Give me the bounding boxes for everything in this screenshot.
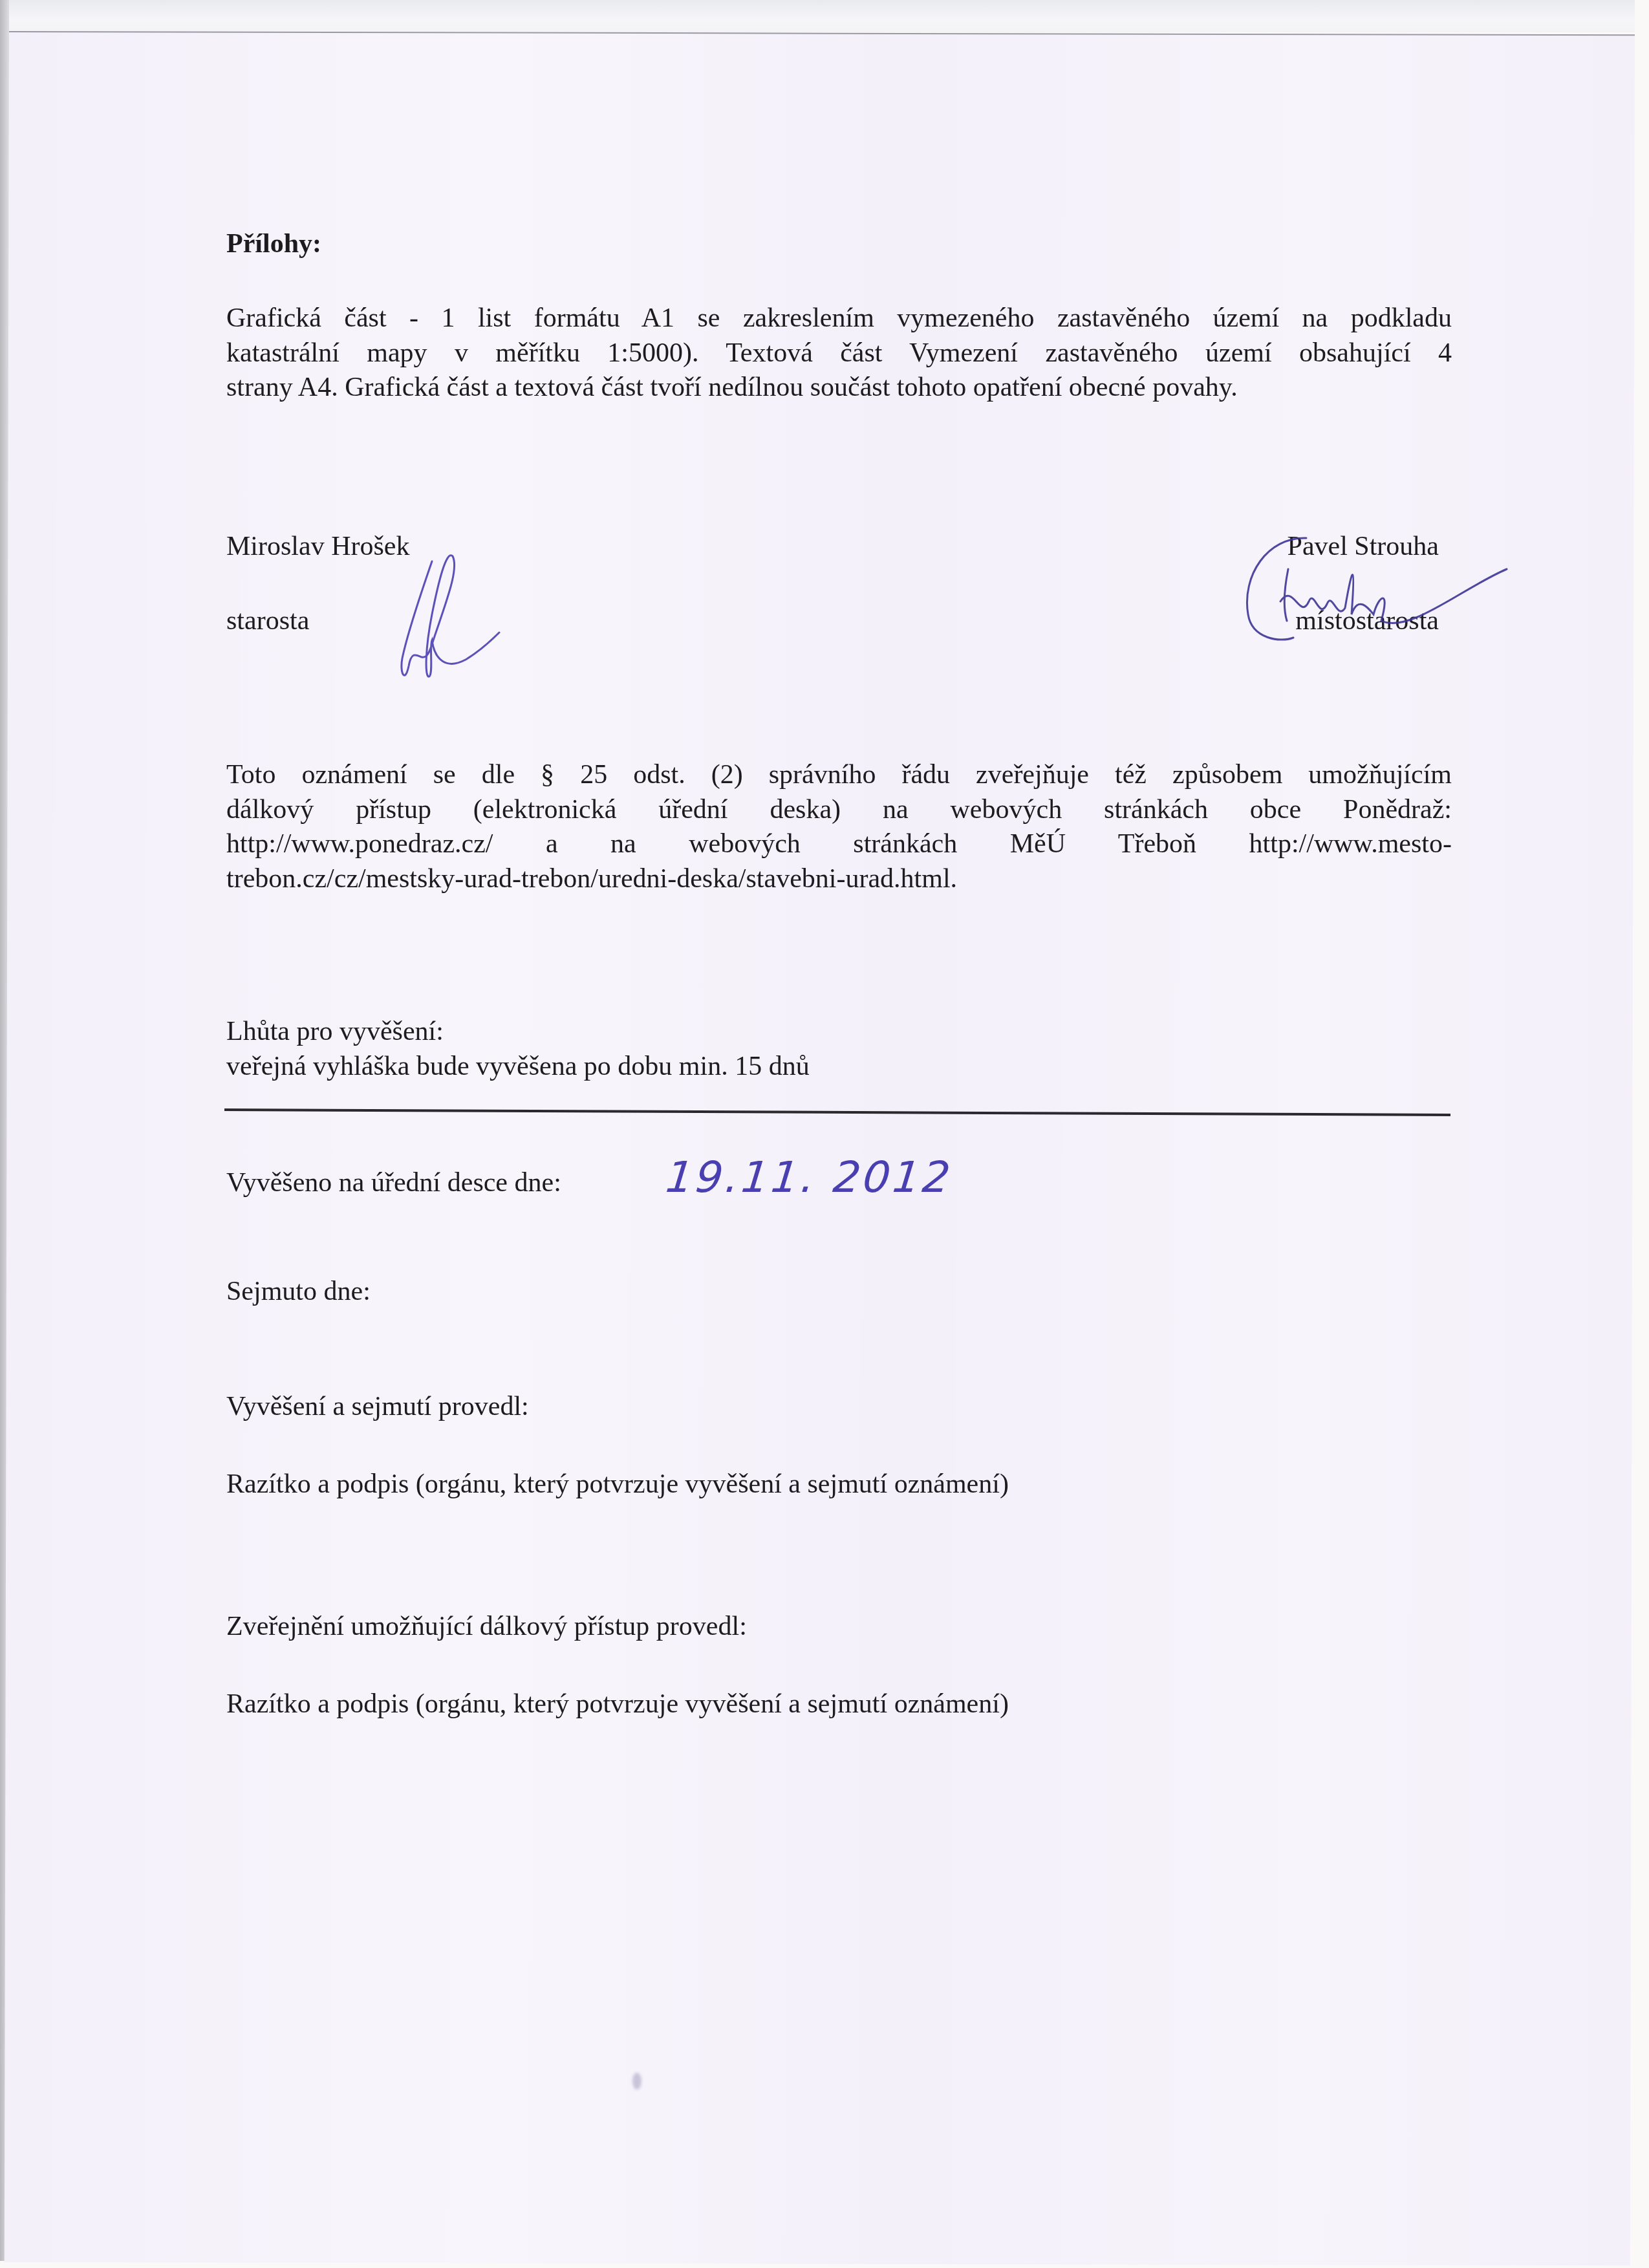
posting-by-stamp: Razítko a podpis (orgánu, který potvrzuj… xyxy=(226,1467,1009,1502)
attachments-heading: Přílohy: xyxy=(226,226,321,261)
signature-right-icon xyxy=(1229,524,1526,647)
paragraph-line: http://www.ponedraz.cz/ a na webových st… xyxy=(226,827,1452,862)
remote-access-stamp: Razítko a podpis (orgánu, který potvrzuj… xyxy=(226,1687,1009,1722)
posted-label: Vyvěšeno na úřední desce dne: xyxy=(226,1165,561,1200)
signatory-left-role: starosta xyxy=(226,603,309,638)
posted-date-handwritten: 19.11. 2012 xyxy=(663,1152,955,1202)
posting-period-label: Lhůta pro vyvěšení: xyxy=(226,1014,444,1049)
paragraph-line: dálkový přístup (elektronická úřední des… xyxy=(226,793,1452,828)
posting-by-label: Vyvěšení a sejmutí provedl: xyxy=(226,1389,529,1424)
paragraph-line: trebon.cz/cz/mestsky-urad-trebon/uredni-… xyxy=(226,862,1452,897)
ink-smudge xyxy=(632,2073,641,2090)
paragraph-line: Toto oznámení se dle § 25 odst. (2) sprá… xyxy=(226,758,1452,793)
scanner-margin xyxy=(9,0,1635,32)
paragraph-line: katastrální mapy v měřítku 1:5000). Text… xyxy=(226,336,1452,371)
signature-left-icon xyxy=(362,543,517,698)
remote-access-label: Zveřejnění umožňující dálkový přístup pr… xyxy=(226,1609,747,1644)
posting-period-text: veřejná vyhláška bude vyvěšena po dobu m… xyxy=(226,1049,810,1084)
paragraph-line: strany A4. Grafická část a textová část … xyxy=(226,371,1452,405)
removed-label: Sejmuto dne: xyxy=(226,1274,371,1309)
paragraph-line: Grafická část - 1 list formátu A1 se zak… xyxy=(226,301,1452,336)
attachments-paragraph: Grafická část - 1 list formátu A1 se zak… xyxy=(226,301,1452,405)
notice-paragraph: Toto oznámení se dle § 25 odst. (2) sprá… xyxy=(226,758,1452,896)
